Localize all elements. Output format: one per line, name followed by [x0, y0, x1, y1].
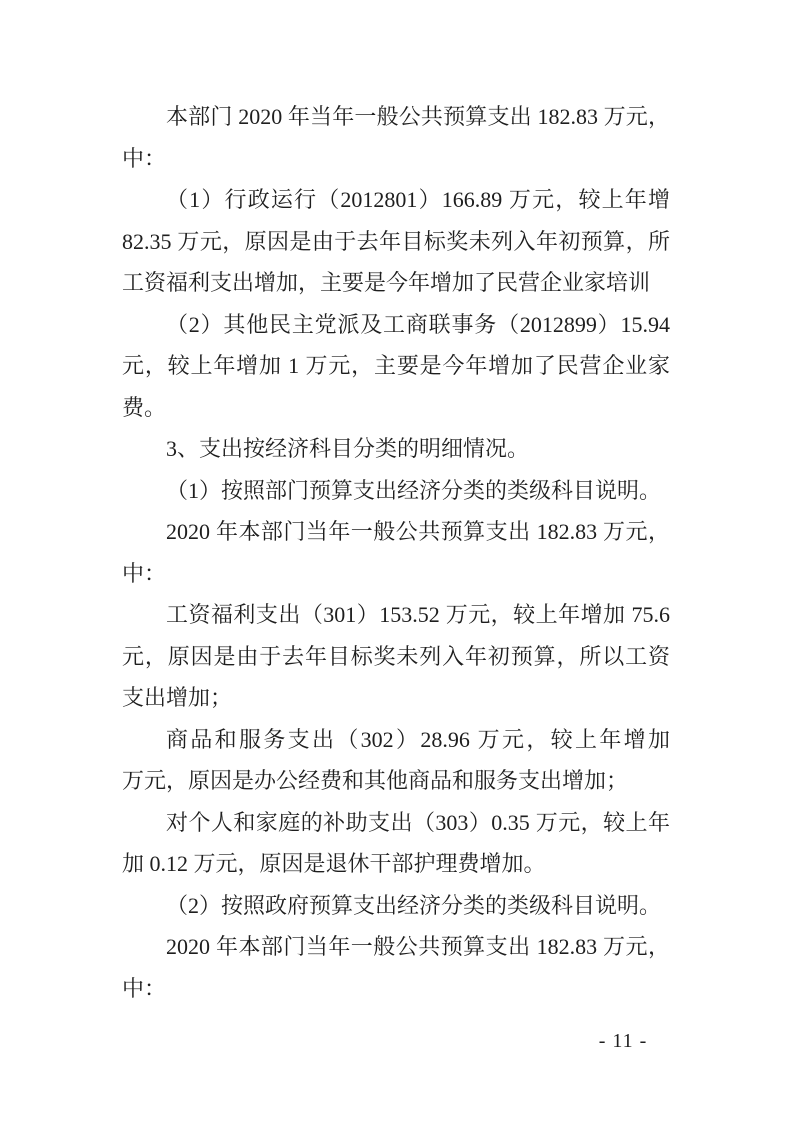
text-line: 加 0.12 万元，原因是退休干部护理费增加。 — [122, 843, 670, 885]
text-line: （1）行政运行（2012801）166.89 万元，较上年增加 — [122, 179, 670, 221]
page-number: - 11 - — [578, 1028, 668, 1054]
text-line: 元，较上年增加 1 万元，主要是今年增加了民营企业家培训 — [122, 345, 670, 387]
text-line: （2）其他民主党派及工商联事务（2012899）15.94 万 — [122, 304, 670, 346]
paragraph: 商品和服务支出（302）28.96 万元，较上年增加 7.63万元，原因是办公经… — [122, 719, 670, 802]
paragraph: 工资福利支出（301）153.52 万元，较上年增加 75.6 万元，原因是由于… — [122, 594, 670, 719]
text-line: 支出增加； — [122, 677, 670, 719]
paragraph: （1）按照部门预算支出经济分类的类级科目说明。 — [122, 470, 670, 512]
text-line: 3、支出按经济科目分类的明细情况。 — [122, 428, 670, 470]
text-line: 中： — [122, 138, 670, 180]
text-line: 工资福利支出增加，主要是今年增加了民营企业家培训费； — [122, 262, 670, 304]
text-line: 2020 年本部门当年一般公共预算支出 182.83 万元，其 — [122, 511, 670, 553]
text-line: 费。 — [122, 387, 670, 429]
paragraph: （2）按照政府预算支出经济分类的类级科目说明。 — [122, 885, 670, 927]
document-page: 本部门 2020 年当年一般公共预算支出 182.83 万元，其中：（1）行政运… — [0, 0, 793, 1122]
text-line: 元，原因是由于去年目标奖未列入年初预算，所以工资福利 — [122, 636, 670, 678]
text-line: 中： — [122, 553, 670, 595]
text-line: 工资福利支出（301）153.52 万元，较上年增加 75.6 万 — [122, 594, 670, 636]
paragraph: 对个人和家庭的补助支出（303）0.35 万元，较上年增加 0.12 万元，原因… — [122, 802, 670, 885]
text-line: （2）按照政府预算支出经济分类的类级科目说明。 — [122, 885, 670, 927]
paragraph: 2020 年本部门当年一般公共预算支出 182.83 万元，其中： — [122, 511, 670, 594]
text-line: 商品和服务支出（302）28.96 万元，较上年增加 7.63 — [122, 719, 670, 761]
paragraph: （1）行政运行（2012801）166.89 万元，较上年增加82.35 万元，… — [122, 179, 670, 304]
paragraph: 2020 年本部门当年一般公共预算支出 182.83 万元，其中： — [122, 926, 670, 1009]
document-body: 本部门 2020 年当年一般公共预算支出 182.83 万元，其中：（1）行政运… — [122, 96, 670, 1009]
paragraph: 3、支出按经济科目分类的明细情况。 — [122, 428, 670, 470]
paragraph: 本部门 2020 年当年一般公共预算支出 182.83 万元，其中： — [122, 96, 670, 179]
text-line: 对个人和家庭的补助支出（303）0.35 万元，较上年增 — [122, 802, 670, 844]
text-line: 82.35 万元，原因是由于去年目标奖未列入年初预算，所以 — [122, 221, 670, 263]
text-line: 中： — [122, 968, 670, 1010]
text-line: 本部门 2020 年当年一般公共预算支出 182.83 万元，其 — [122, 96, 670, 138]
paragraph: （2）其他民主党派及工商联事务（2012899）15.94 万元，较上年增加 1… — [122, 304, 670, 429]
text-line: （1）按照部门预算支出经济分类的类级科目说明。 — [122, 470, 670, 512]
text-line: 万元，原因是办公经费和其他商品和服务支出增加； — [122, 760, 670, 802]
text-line: 2020 年本部门当年一般公共预算支出 182.83 万元，其 — [122, 926, 670, 968]
